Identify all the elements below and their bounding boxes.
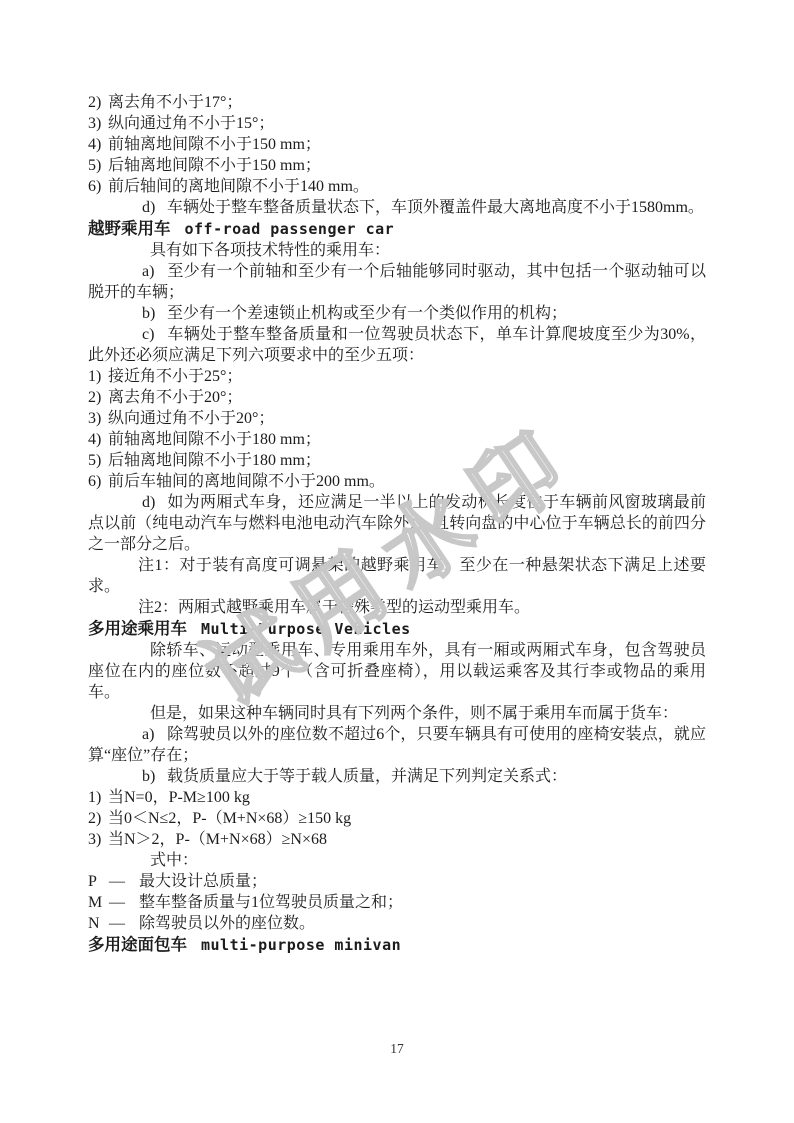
list-item-text: 后轴离地间隙不小于150 mm； bbox=[108, 157, 321, 174]
list-item: 2)离去角不小于17°； bbox=[88, 92, 706, 113]
term-zh: 多用途面包车 bbox=[88, 936, 187, 954]
list-item: 4)前轴离地间隙不小于180 mm； bbox=[88, 429, 706, 450]
list-item-marker: a) bbox=[142, 724, 167, 745]
list-item-marker: c) bbox=[142, 324, 167, 345]
list-item: 3)纵向通过角不小于20°； bbox=[88, 408, 706, 429]
page-content: 2)离去角不小于17°； 3)纵向通过角不小于15°； 4)前轴离地间隙不小于1… bbox=[88, 92, 706, 956]
term-zh: 越野乘用车 bbox=[88, 220, 171, 238]
list-item: 6)前后车轴间的离地间隙不小于200 mm。 bbox=[88, 471, 706, 492]
formula-item: 3)当N＞2，P-（M+N×68）≥N×68 bbox=[88, 829, 706, 850]
lettered-item: d)如为两厢式车身，还应满足一半以上的发动机长度位于车辆前风窗玻璃最前点以前（纯… bbox=[88, 492, 706, 555]
list-item-text: 如为两厢式车身，还应满足一半以上的发动机长度位于车辆前风窗玻璃最前点以前（纯电动… bbox=[88, 494, 706, 553]
note: 注1：对于装有高度可调悬架的越野乘用车，至少在一种悬架状态下满足上述要求。 bbox=[88, 555, 706, 597]
list-item-marker: 3) bbox=[88, 829, 108, 850]
dash: — bbox=[109, 913, 139, 934]
list-item-text: 离去角不小于17°； bbox=[108, 94, 242, 111]
term-heading-mpv: 多用途乘用车Multi-Purpose Vehicles bbox=[88, 618, 706, 640]
term-heading-minivan: 多用途面包车multi-purpose minivan bbox=[88, 934, 706, 956]
list-item-marker: 4) bbox=[88, 429, 108, 450]
symbol-definition-text: 除驾驶员以外的座位数。 bbox=[139, 915, 315, 932]
lettered-item: b)至少有一个差速锁止机构或至少有一个类似作用的机构； bbox=[88, 303, 706, 324]
list-item-marker: 4) bbox=[88, 134, 108, 155]
list-item-marker: 2) bbox=[88, 92, 108, 113]
formula-text: 当N=0，P-M≥100 kg bbox=[108, 789, 250, 806]
list-item-text: 除驾驶员以外的座位数不超过6个，只要车辆具有可使用的座椅安装点，就应算“座位”存… bbox=[88, 726, 706, 764]
list-item-marker: b) bbox=[142, 303, 167, 324]
paragraph: 除轿车、运动型乘用车、专用乘用车外，具有一厢或两厢式车身，包含驾驶员座位在内的座… bbox=[88, 640, 706, 703]
list-item-marker: 5) bbox=[88, 155, 108, 176]
where-label: 式中： bbox=[88, 850, 706, 871]
list-item-marker: a) bbox=[142, 261, 167, 282]
paragraph: 具有如下各项技术特性的乘用车： bbox=[88, 240, 706, 261]
list-item-text: 后轴离地间隙不小于180 mm； bbox=[108, 452, 321, 469]
term-en: multi-purpose minivan bbox=[201, 936, 401, 954]
lettered-item: a)除驾驶员以外的座位数不超过6个，只要车辆具有可使用的座椅安装点，就应算“座位… bbox=[88, 724, 706, 766]
list-item-text: 纵向通过角不小于15°； bbox=[108, 115, 274, 132]
symbol: N bbox=[88, 913, 109, 934]
dash: — bbox=[109, 871, 139, 892]
list-item: 6)前后轴间的离地间隙不小于140 mm。 bbox=[88, 176, 706, 197]
list-item-marker: 1) bbox=[88, 366, 108, 387]
document-page: 2)离去角不小于17°； 3)纵向通过角不小于15°； 4)前轴离地间隙不小于1… bbox=[0, 0, 794, 1123]
list-item-marker: b) bbox=[142, 766, 167, 787]
list-item-text: 前轴离地间隙不小于180 mm； bbox=[108, 431, 321, 448]
page-number: 17 bbox=[0, 1040, 794, 1058]
list-item-text: 前后轴间的离地间隙不小于140 mm。 bbox=[108, 178, 369, 195]
note: 注2：两厢式越野乘用车属于特殊类型的运动型乘用车。 bbox=[88, 597, 706, 618]
list-item-text: 前轴离地间隙不小于150 mm； bbox=[108, 136, 321, 153]
formula-item: 2)当0＜N≤2，P-（M+N×68）≥150 kg bbox=[88, 808, 706, 829]
lettered-item: c)车辆处于整车整备质量和一位驾驶员状态下，单车计算爬坡度至少为30%，此外还必… bbox=[88, 324, 706, 366]
formula-item: 1)当N=0，P-M≥100 kg bbox=[88, 787, 706, 808]
formula-text: 当N＞2，P-（M+N×68）≥N×68 bbox=[108, 831, 327, 848]
list-item: 5)后轴离地间隙不小于180 mm； bbox=[88, 450, 706, 471]
list-item-text: 车辆处于整车整备质量状态下，车顶外覆盖件最大离地高度不小于1580mm。 bbox=[167, 199, 704, 216]
list-item: 1)接近角不小于25°； bbox=[88, 366, 706, 387]
list-item-text: 前后车轴间的离地间隙不小于200 mm。 bbox=[108, 473, 385, 490]
symbol-definition: P—最大设计总质量； bbox=[88, 871, 706, 892]
dash: — bbox=[109, 892, 139, 913]
symbol-definition: N—除驾驶员以外的座位数。 bbox=[88, 913, 706, 934]
list-item-marker: 2) bbox=[88, 808, 108, 829]
list-item-text: 纵向通过角不小于20°； bbox=[108, 410, 274, 427]
term-en: off-road passenger car bbox=[185, 220, 395, 238]
symbol-definition-text: 整车整备质量与1位驾驶员质量之和； bbox=[139, 894, 403, 911]
symbol-definition: M—整车整备质量与1位驾驶员质量之和； bbox=[88, 892, 706, 913]
list-item-marker: 1) bbox=[88, 787, 108, 808]
list-item-text: 至少有一个差速锁止机构或至少有一个类似作用的机构； bbox=[167, 305, 567, 322]
list-item-marker: d) bbox=[142, 197, 167, 218]
list-item-text: 离去角不小于20°； bbox=[108, 389, 242, 406]
list-item-text: 载货质量应大于等于载人质量，并满足下列判定关系式： bbox=[167, 768, 567, 785]
lettered-item: a)至少有一个前轴和至少有一个后轴能够同时驱动，其中包括一个驱动轴可以脱开的车辆… bbox=[88, 261, 706, 303]
paragraph: 但是，如果这种车辆同时具有下列两个条件，则不属于乘用车而属于货车： bbox=[88, 703, 706, 724]
term-heading-offroad: 越野乘用车off-road passenger car bbox=[88, 218, 706, 240]
list-item-marker: 3) bbox=[88, 113, 108, 134]
list-item-marker: 5) bbox=[88, 450, 108, 471]
lettered-item: d)车辆处于整车整备质量状态下，车顶外覆盖件最大离地高度不小于1580mm。 bbox=[88, 197, 706, 218]
symbol-definition-text: 最大设计总质量； bbox=[139, 873, 267, 890]
symbol: M bbox=[88, 892, 109, 913]
formula-text: 当0＜N≤2，P-（M+N×68）≥150 kg bbox=[108, 810, 351, 827]
list-item-marker: 2) bbox=[88, 387, 108, 408]
lettered-item: b)载货质量应大于等于载人质量，并满足下列判定关系式： bbox=[88, 766, 706, 787]
list-item: 5)后轴离地间隙不小于150 mm； bbox=[88, 155, 706, 176]
list-item-text: 至少有一个前轴和至少有一个后轴能够同时驱动，其中包括一个驱动轴可以脱开的车辆； bbox=[88, 263, 706, 301]
symbol: P bbox=[88, 871, 109, 892]
list-item-text: 接近角不小于25°； bbox=[108, 368, 242, 385]
list-item-marker: 3) bbox=[88, 408, 108, 429]
list-item: 3)纵向通过角不小于15°； bbox=[88, 113, 706, 134]
list-item-marker: d) bbox=[142, 492, 167, 513]
list-item-marker: 6) bbox=[88, 176, 108, 197]
list-item-marker: 6) bbox=[88, 471, 108, 492]
term-zh: 多用途乘用车 bbox=[88, 620, 187, 638]
list-item: 4)前轴离地间隙不小于150 mm； bbox=[88, 134, 706, 155]
list-item-text: 车辆处于整车整备质量和一位驾驶员状态下，单车计算爬坡度至少为30%，此外还必须应… bbox=[88, 326, 706, 364]
list-item: 2)离去角不小于20°； bbox=[88, 387, 706, 408]
term-en: Multi-Purpose Vehicles bbox=[201, 620, 411, 638]
